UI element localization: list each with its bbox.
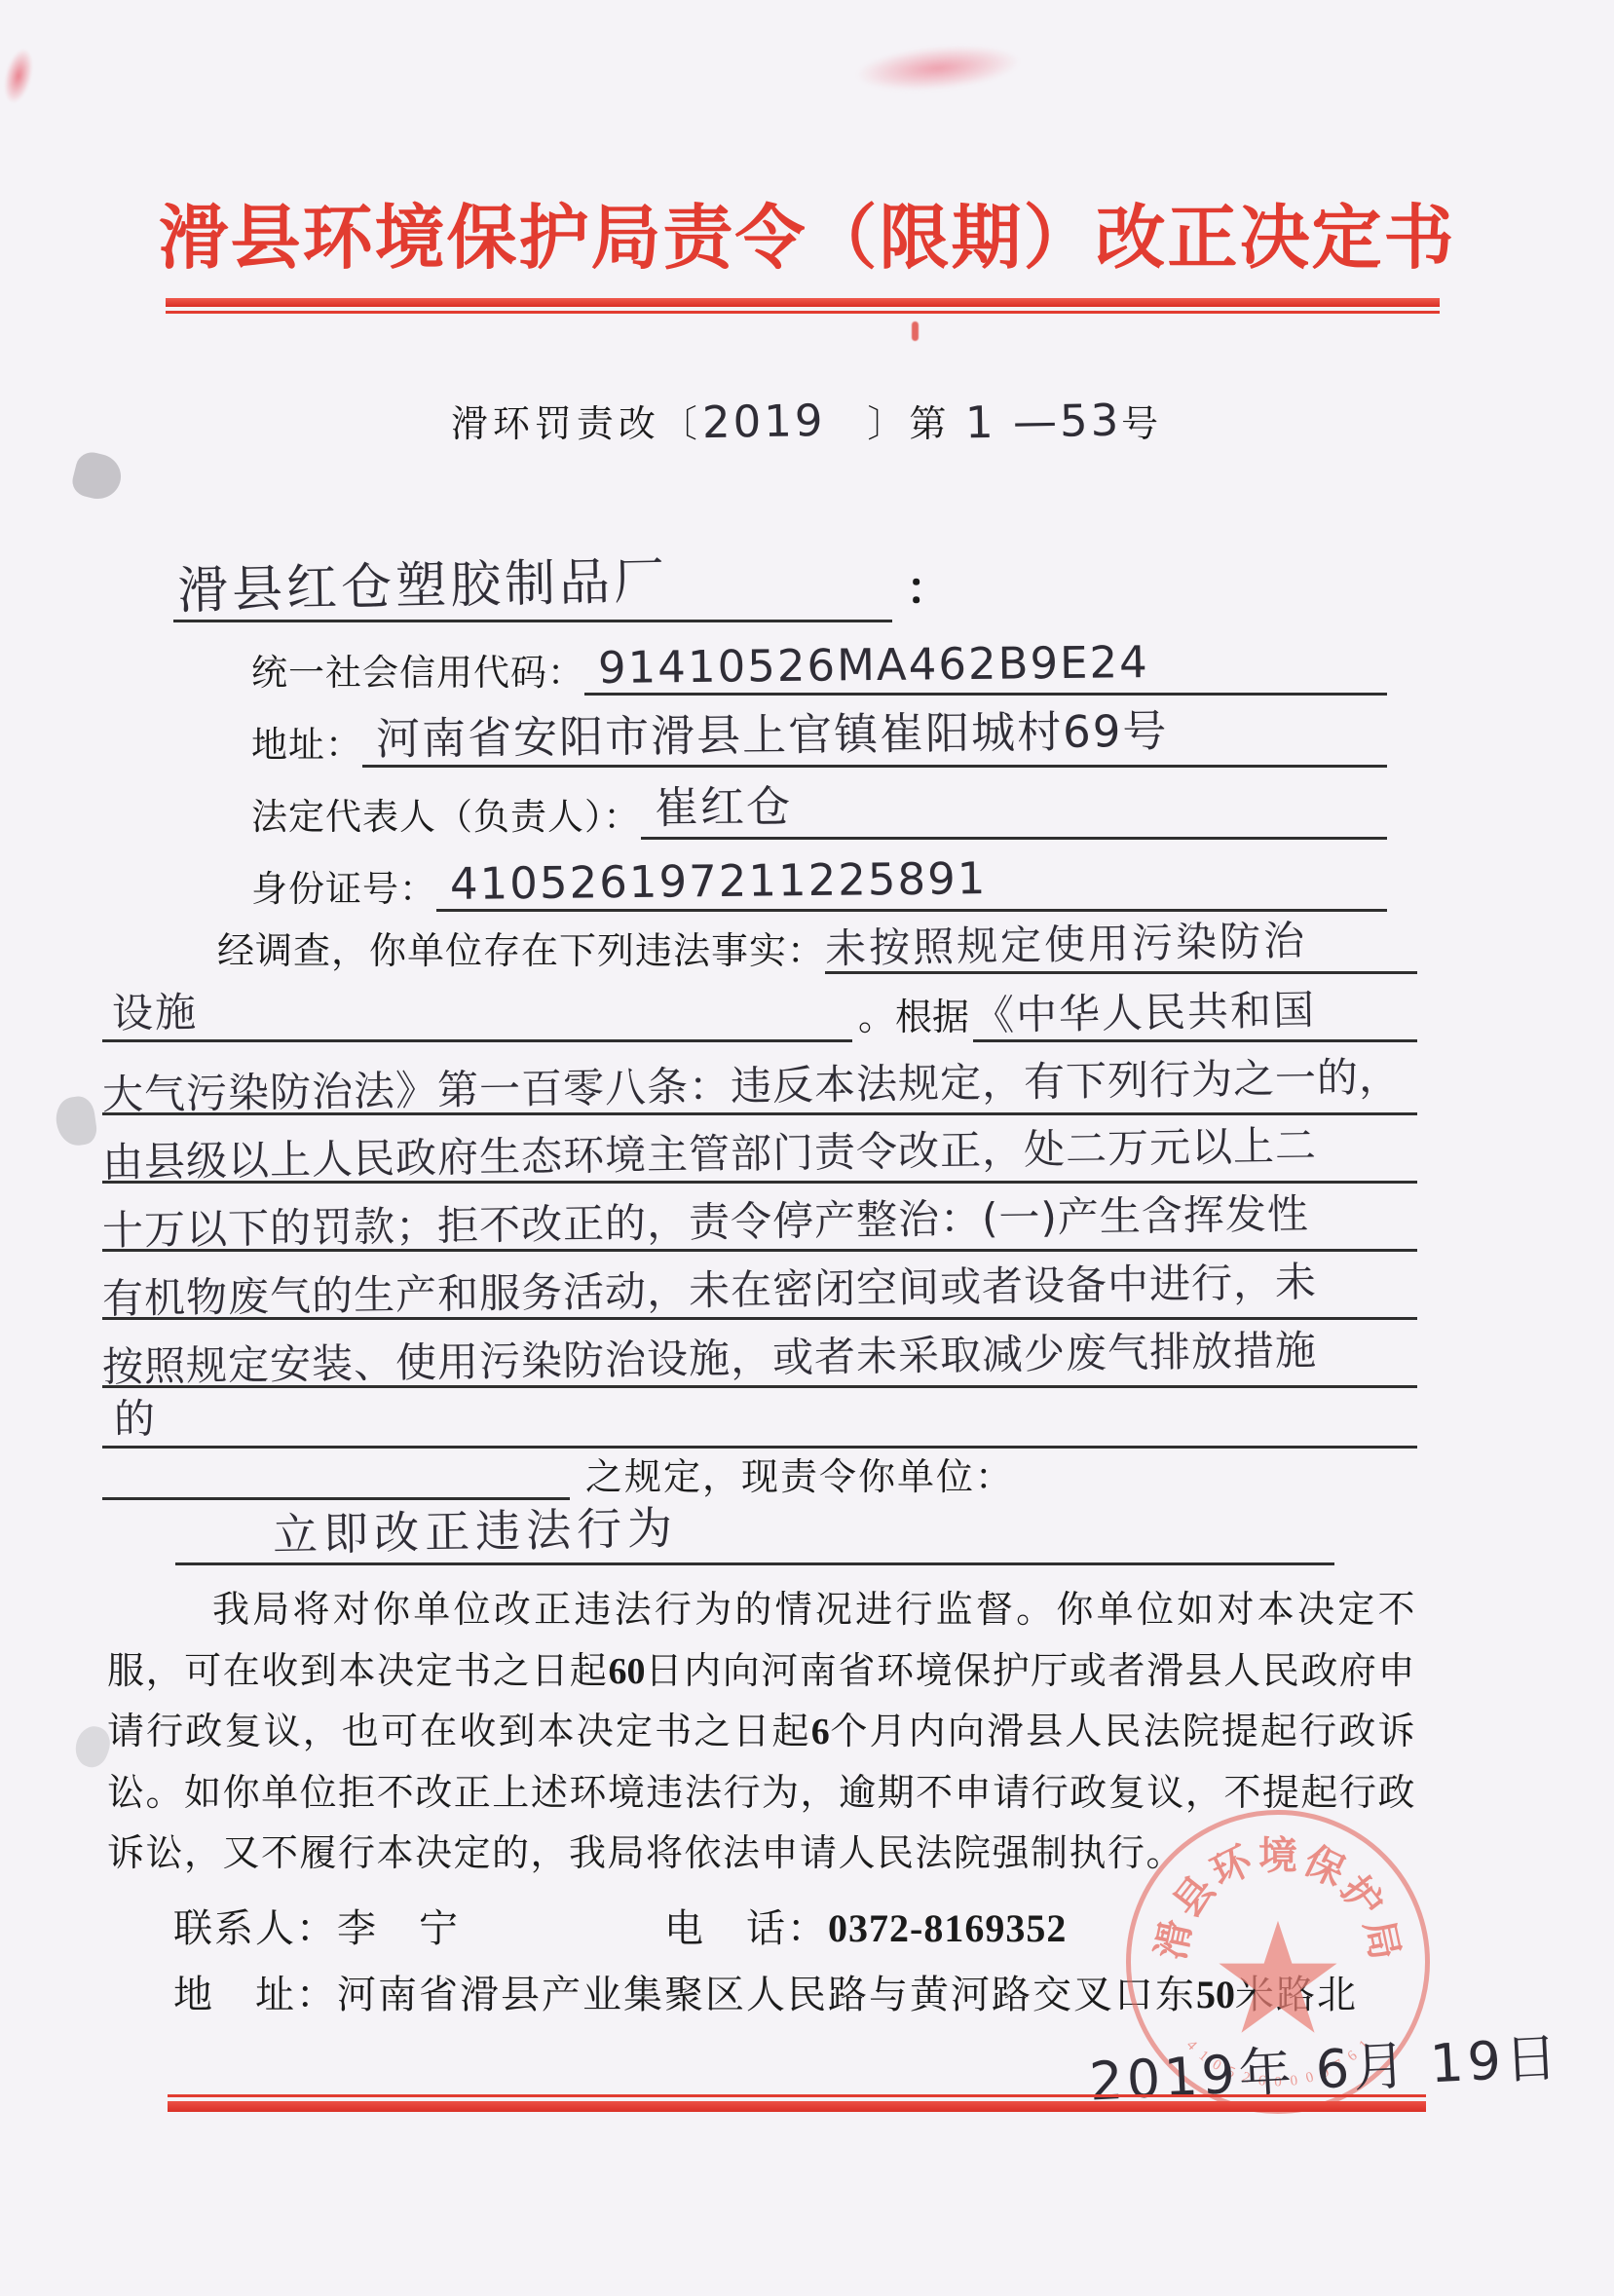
legal-basis-connector: 。根据 bbox=[852, 987, 973, 1042]
field-row-credit-code: 统一社会信用代码： 91410526MA462B9E24 bbox=[251, 635, 1387, 696]
paper-tear-mark bbox=[69, 449, 126, 504]
violation-fact-handwritten: 未按照规定使用污染防治 bbox=[825, 909, 1308, 976]
title-divider-rule bbox=[166, 298, 1440, 314]
contact-address-label: 地 址： bbox=[173, 1973, 337, 2016]
field-value-handwritten: 河南省安阳市滑县上官镇崔阳城村69号 bbox=[376, 696, 1169, 768]
law-name-underline: 《中华人民共和国 bbox=[973, 981, 1417, 1042]
days-number: 60 bbox=[608, 1651, 645, 1692]
field-value-underline: 91410526MA462B9E24 bbox=[584, 639, 1387, 696]
doc-number-year-handwritten: 2019 bbox=[701, 395, 825, 448]
field-value-handwritten: 410526197211225891 bbox=[450, 852, 988, 910]
paper-tear-mark bbox=[54, 1094, 99, 1148]
field-row-legal-representative: 法定代表人（负责人）： 崔红仓 bbox=[251, 779, 1387, 840]
title-divider-thick-line bbox=[166, 298, 1440, 307]
violation-intro-row: 经调查，你单位存在下列违法事实： 未按照规定使用污染防治 bbox=[102, 910, 1417, 974]
recipient-name-line: 滑县红仓塑胶制品厂 bbox=[173, 530, 892, 622]
law-citation-handwritten: 由县级以上人民政府生态环境主管部门责令改正，处二万元以上二 bbox=[102, 1113, 1318, 1188]
doc-number: 滑环罚责改〔2019 〕第 1 —53号 bbox=[0, 394, 1614, 447]
contact-phone-number: 0372-8169352 bbox=[828, 1906, 1067, 1950]
violation-continuation-row: 设施 。根据 《中华人民共和国 bbox=[102, 982, 1417, 1042]
field-value-handwritten: 崔红仓 bbox=[654, 771, 792, 835]
field-label: 法定代表人（负责人）： bbox=[251, 787, 641, 840]
scan-artifact-red-mark bbox=[0, 47, 37, 106]
law-citation-line: 按照规定安装、使用污染防治设施，或者未采取减少废气排放措施 bbox=[102, 1323, 1417, 1388]
law-citation-tail-row: 的 bbox=[102, 1391, 1417, 1449]
correction-order-handwritten: 立即改正违法行为 bbox=[272, 1492, 678, 1563]
field-label: 统一社会信用代码： bbox=[251, 643, 584, 696]
law-citation-tail-handwritten: 的 bbox=[101, 1387, 155, 1447]
document-title: 滑县环境保护局责令（限期）改正决定书 bbox=[0, 181, 1614, 282]
contact-person-name: 李 宁 bbox=[337, 1906, 460, 1950]
field-label: 地址： bbox=[251, 715, 362, 768]
field-value-handwritten: 91410526MA462B9E24 bbox=[598, 636, 1149, 694]
law-name-start-handwritten: 《中华人民共和国 bbox=[973, 978, 1317, 1042]
bottom-divider-thin-line bbox=[168, 2094, 1426, 2097]
field-row-address: 地址： 河南省安阳市滑县上官镇崔阳城村69号 bbox=[251, 707, 1387, 768]
doc-number-serial-handwritten: 1 —53 bbox=[964, 395, 1121, 449]
correction-order-row: 立即改正违法行为 bbox=[175, 1502, 1334, 1565]
doc-number-mid: 〕第 bbox=[825, 404, 965, 445]
scan-artifact-red-drip bbox=[912, 321, 919, 341]
recipient-company-name-handwritten: 滑县红仓塑胶制品厂 bbox=[176, 540, 668, 623]
field-label: 身份证号： bbox=[251, 859, 436, 912]
contact-person-label: 联系人： bbox=[173, 1906, 337, 1950]
field-value-underline: 崔红仓 bbox=[641, 772, 1388, 840]
title-divider-thin-line bbox=[166, 311, 1440, 314]
law-citation-handwritten: 十万以下的罚款；拒不改正的，责令停产整治：(一)产生含挥发性 bbox=[102, 1182, 1309, 1257]
scan-artifact-red-smudge bbox=[853, 40, 1022, 97]
scanned-document-page: 滑县环境保护局责令（限期）改正决定书 滑环罚责改〔2019 〕第 1 —53号 … bbox=[0, 0, 1614, 2296]
months-number: 6 bbox=[811, 1712, 830, 1752]
violation-fact-line2-handwritten: 设施 bbox=[111, 980, 198, 1040]
doc-number-prefix: 滑环罚责改〔 bbox=[451, 404, 702, 445]
violation-fact-underline: 未按照规定使用污染防治 bbox=[825, 913, 1417, 974]
field-value-underline: 河南省安阳市滑县上官镇崔阳城村69号 bbox=[362, 699, 1387, 768]
field-value-underline: 410526197211225891 bbox=[436, 855, 1387, 912]
violation-fact-line2-underline: 设施 bbox=[102, 981, 852, 1042]
law-citation-handwritten: 按照规定安装、使用污染防治设施，或者未采取减少废气排放措施 bbox=[102, 1318, 1318, 1393]
contact-phone-label: 电 话： bbox=[664, 1906, 828, 1950]
bottom-divider-thick-line bbox=[168, 2101, 1426, 2112]
law-citation-line: 由县级以上人民政府生态环境主管部门责令改正，处二万元以上二 bbox=[102, 1118, 1417, 1184]
law-citation-handwritten: 大气污染防治法》第一百零八条：违反本法规定，有下列行为之一的， bbox=[102, 1045, 1402, 1122]
doc-number-suffix: 号 bbox=[1121, 404, 1163, 445]
contact-person-row: 联系人：李 宁电 话：0372-8169352 bbox=[173, 1898, 1067, 1953]
law-citation-handwritten: 有机物废气的生产和服务活动，未在密闭空间或者设备中进行，未 bbox=[102, 1250, 1318, 1325]
bottom-divider-rule bbox=[168, 2094, 1426, 2112]
recipient-colon: ： bbox=[906, 553, 951, 618]
ruling-intro-label: 之规定，现责令你单位： bbox=[570, 1447, 1014, 1500]
law-citation-line: 大气污染防治法》第一百零八条：违反本法规定，有下列行为之一的， bbox=[102, 1050, 1417, 1115]
field-row-id-number: 身份证号： 410526197211225891 bbox=[251, 851, 1387, 912]
law-citation-line: 有机物废气的生产和服务活动，未在密闭空间或者设备中进行，未 bbox=[102, 1255, 1417, 1320]
law-citation-line: 十万以下的罚款；拒不改正的，责令停产整治：(一)产生含挥发性 bbox=[102, 1186, 1417, 1252]
contact-address-text: 河南省滑县产业集聚区人民路与黄河路交叉口东 bbox=[337, 1973, 1196, 2016]
ruling-intro-row: 之规定，现责令你单位： bbox=[102, 1448, 1417, 1500]
violation-intro-label: 经调查，你单位存在下列违法事实： bbox=[102, 921, 825, 974]
